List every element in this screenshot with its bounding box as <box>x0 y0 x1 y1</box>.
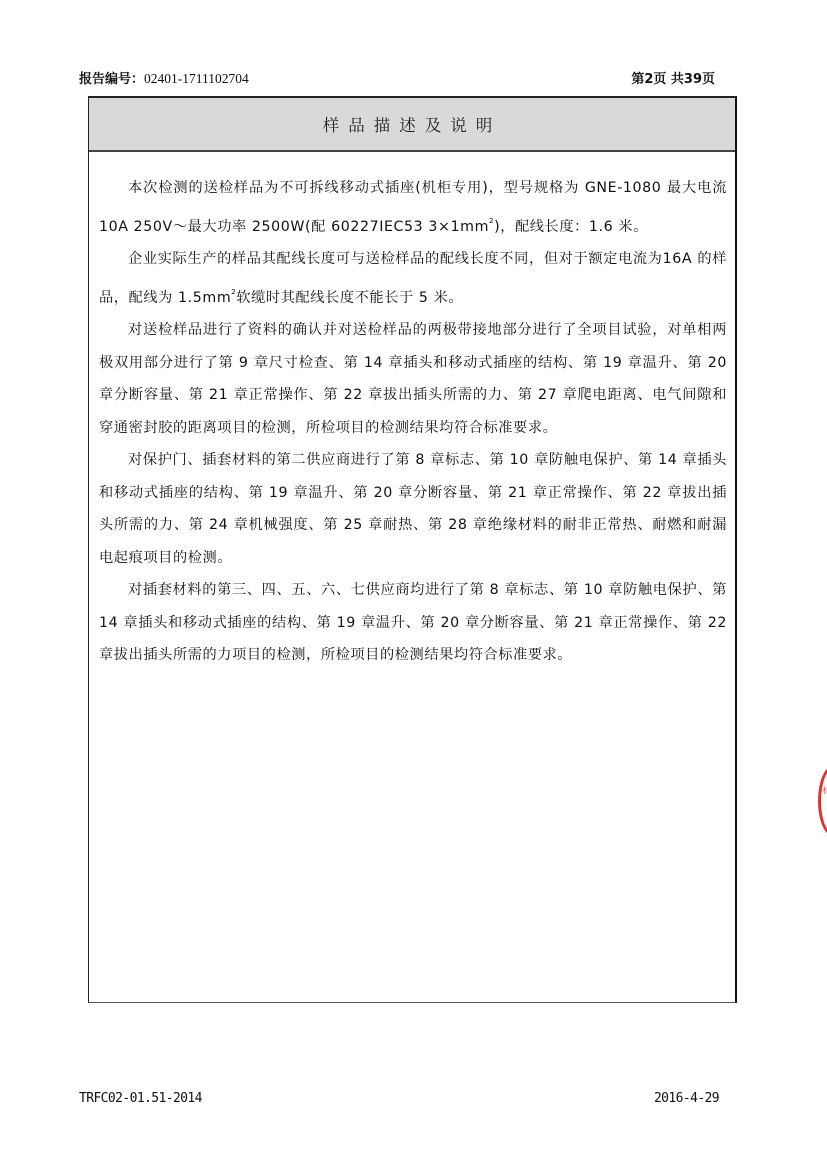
description-body: 本次检测的送检样品为不可拆线移动式插座(机柜专用)，型号规格为 GNE-1080… <box>89 152 735 672</box>
seal-stamp-text: 检 <box>821 786 827 794</box>
paragraph-other-suppliers: 对插套材料的第三、四、五、六、七供应商均进行了第 8 章标志、第 10 章防触电… <box>99 574 727 672</box>
paragraph-text: 软缆时其配线长度不能长于 5 米。 <box>236 290 463 306</box>
paragraph-text: 对插套材料的第三、四、五、六、七供应商均进行了第 8 章标志、第 10 章防触电… <box>99 582 727 663</box>
seal-stamp-icon <box>818 766 827 836</box>
report-number-header: 报告编号：02401-1711102704 <box>79 68 249 87</box>
paragraph-sample-description: 本次检测的送检样品为不可拆线移动式插座(机柜专用)，型号规格为 GNE-1080… <box>99 172 727 243</box>
paragraph-text: )，配线长度：1.6 米。 <box>494 219 648 235</box>
report-number-label: 报告编号： <box>79 72 144 87</box>
paragraph-second-supplier: 对保护门、插套材料的第二供应商进行了第 8 章标志、第 10 章防触电保护、第 … <box>99 444 727 574</box>
paragraph-text: 对送检样品进行了资料的确认并对送检样品的两极带接地部分进行了全项目试验，对单相两… <box>99 322 727 436</box>
footer-date: 2016-4-29 <box>654 1091 719 1106</box>
paragraph-text: 对保护门、插套材料的第二供应商进行了第 8 章标志、第 10 章防触电保护、第 … <box>99 452 727 566</box>
paragraph-full-test: 对送检样品进行了资料的确认并对送检样品的两极带接地部分进行了全项目试验，对单相两… <box>99 314 727 444</box>
page-indicator: 第2页 共39页 <box>631 68 715 87</box>
form-code: TRFC02-01.51-2014 <box>79 1091 202 1106</box>
content-frame: 样品描述及说明 本次检测的送检样品为不可拆线移动式插座(机柜专用)，型号规格为 … <box>88 96 737 1003</box>
paragraph-cable-length: 企业实际生产的样品其配线长度可与送检样品的配线长度不同，但对于额定电流为16A … <box>99 243 727 314</box>
report-number-value: 02401-1711102704 <box>144 71 249 86</box>
section-title: 样品描述及说明 <box>323 112 502 136</box>
section-title-bar: 样品描述及说明 <box>89 98 735 152</box>
